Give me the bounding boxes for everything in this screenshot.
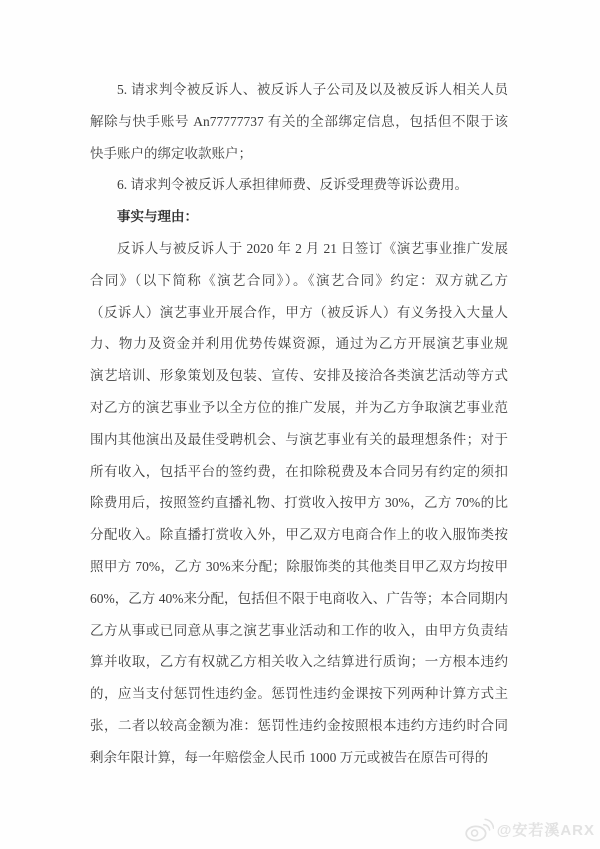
- section-heading: 事实与理由：: [90, 201, 508, 233]
- document-line: 反诉人与被反诉人于 2020 年 2 月 21 日签订《演艺事业推广发展: [90, 233, 508, 265]
- document-line: 60%，乙方 40%来分配，包括但不限于电商收入、广告等；本合同期内: [90, 583, 508, 615]
- document-line: 6. 请求判令被反诉人承担律师费、反诉受理费等诉讼费用。: [90, 169, 508, 201]
- document-line: 快手账户的绑定收款账户；: [90, 138, 508, 170]
- document-line: 演艺培训、形象策划及包装、宣传、安排及接洽各类演艺活动等方式: [90, 360, 508, 392]
- document-line: 乙方从事或已同意从事之演艺事业活动和工作的收入，由甲方负责结: [90, 615, 508, 647]
- document-line: 解除与快手账号 An77777737 有关的全部绑定信息，包括但不限于该: [90, 106, 508, 138]
- document-line: 分配收入。除直播打赏收入外，甲乙双方电商合作上的收入服饰类按: [90, 519, 508, 551]
- document-line: 对乙方的演艺事业予以全方位的推广发展，并为乙方争取演艺事业范: [90, 392, 508, 424]
- document-line: 5. 请求判令被反诉人、被反诉人子公司及以及被反诉人相关人员: [90, 74, 508, 106]
- document-page: 5. 请求判令被反诉人、被反诉人子公司及以及被反诉人相关人员 解除与快手账号 A…: [0, 0, 600, 849]
- document-line: 剩余年限计算，每一年赔偿金人民币 1000 万元或被告在原告可得的: [90, 742, 508, 774]
- document-body: 5. 请求判令被反诉人、被反诉人子公司及以及被反诉人相关人员 解除与快手账号 A…: [90, 74, 508, 774]
- document-line: 所有收入，包括平台的签约费，在扣除税费及本合同另有约定的须扣: [90, 456, 508, 488]
- document-line: 张，二者以较高金额为准：惩罚性违约金按照根本违约方违约时合同: [90, 710, 508, 742]
- watermark: @安若溪ARX: [464, 816, 595, 843]
- document-line: （反诉人）演艺事业开展合作，甲方（被反诉人）有义务投入大量人: [90, 297, 508, 329]
- document-line: 算并收取，乙方有权就乙方相关收入之结算进行质询；一方根本违约: [90, 646, 508, 678]
- watermark-handle: @安若溪ARX: [497, 819, 595, 840]
- document-line: 围内其他演出及最佳受聘机会、与演艺事业有关的最理想条件；对于: [90, 424, 508, 456]
- document-line: 合同》（以下简称《演艺合同》）。《演艺合同》约定：双方就乙方: [90, 265, 508, 297]
- document-line: 力、物力及资金并利用优势传媒资源，通过为乙方开展演艺事业规划、: [90, 328, 508, 360]
- weibo-icon: [464, 816, 494, 843]
- document-line: 除费用后，按照签约直播礼物、打赏收入按甲方 30%，乙方 70%的比例: [90, 487, 508, 519]
- document-line: 照甲方 70%，乙方 30%来分配；除服饰类的其他类目甲乙双方均按甲方: [90, 551, 508, 583]
- document-line: 的，应当支付惩罚性违约金。惩罚性违约金课按下列两种计算方式主: [90, 678, 508, 710]
